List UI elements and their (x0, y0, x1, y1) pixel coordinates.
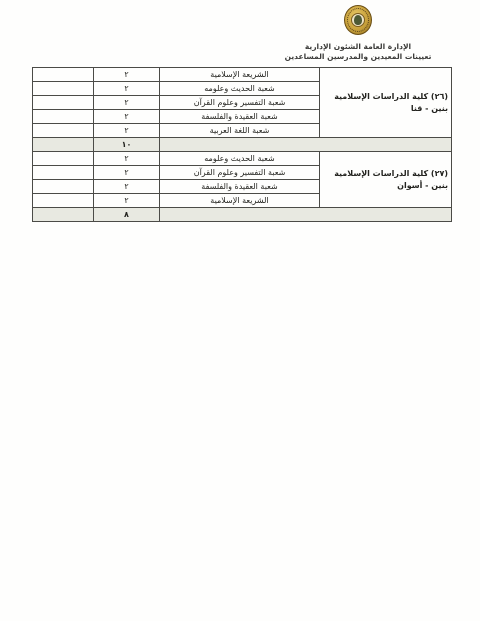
empty-cell (33, 180, 94, 194)
department-cell: شعبة الحديث وعلومه (160, 82, 320, 96)
al-azhar-seal-icon (344, 5, 372, 35)
total-count-cell: ١٠ (94, 138, 160, 152)
count-cell: ٢ (94, 82, 160, 96)
faculty-cell-27: (٢٧) كلية الدراسات الإسلامية بنين - أسوا… (320, 152, 452, 208)
empty-cell (33, 138, 94, 152)
empty-cell (33, 82, 94, 96)
total-count-cell: ٨ (94, 208, 160, 222)
department-cell: شعبة التفسير وعلوم القرآن (160, 166, 320, 180)
count-cell: ٢ (94, 110, 160, 124)
empty-cell (33, 68, 94, 82)
empty-cell (33, 208, 94, 222)
count-cell: ٢ (94, 96, 160, 110)
appointments-table: (٢٦) كلية الدراسات الإسلامية بنين - قنا … (32, 67, 452, 222)
total-row-26: ١٠ (33, 138, 452, 152)
empty-cell (33, 110, 94, 124)
department-cell: شعبة التفسير وعلوم القرآن (160, 96, 320, 110)
department-cell: الشريعة الإسلامية (160, 194, 320, 208)
seal-mosque-emblem (354, 15, 362, 25)
empty-cell (33, 96, 94, 110)
table-row: (٢٧) كلية الدراسات الإسلامية بنين - أسوا… (33, 152, 452, 166)
empty-cell (33, 194, 94, 208)
count-cell: ٢ (94, 68, 160, 82)
header-line-department: الإدارة العامة الشئون الإدارية (240, 42, 476, 52)
total-merged-cell (160, 208, 452, 222)
empty-cell (33, 152, 94, 166)
department-cell: شعبة العقيدة والفلسفة (160, 110, 320, 124)
header-line-subject: تعيينات المعيدين والمدرسين المساعدين (240, 52, 476, 62)
department-cell: شعبة الحديث وعلومه (160, 152, 320, 166)
total-merged-cell (160, 138, 452, 152)
empty-cell (33, 166, 94, 180)
count-cell: ٢ (94, 194, 160, 208)
count-cell: ٢ (94, 152, 160, 166)
department-cell: شعبة اللغة العربية (160, 124, 320, 138)
faculty-cell-26: (٢٦) كلية الدراسات الإسلامية بنين - قنا (320, 68, 452, 138)
count-cell: ٢ (94, 166, 160, 180)
empty-cell (33, 124, 94, 138)
table-row: (٢٦) كلية الدراسات الإسلامية بنين - قنا … (33, 68, 452, 82)
total-row-27: ٨ (33, 208, 452, 222)
count-cell: ٢ (94, 124, 160, 138)
document-header: الإدارة العامة الشئون الإدارية تعيينات ا… (240, 5, 476, 62)
department-cell: الشريعة الإسلامية (160, 68, 320, 82)
department-cell: شعبة العقيدة والفلسفة (160, 180, 320, 194)
document-page: الإدارة العامة الشئون الإدارية تعيينات ا… (0, 0, 480, 621)
count-cell: ٢ (94, 180, 160, 194)
